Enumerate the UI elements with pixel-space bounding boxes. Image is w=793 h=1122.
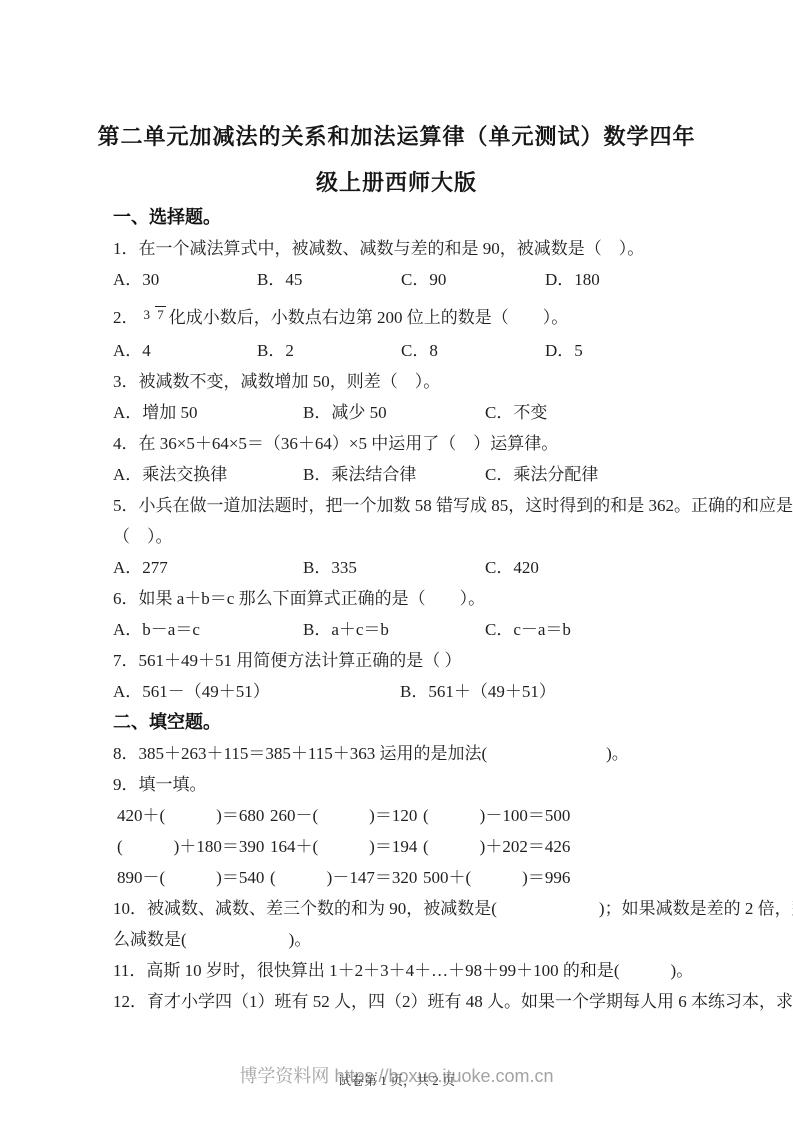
exam-title: 第二单元加减法的关系和加法运算律（单元测试）数学四年 级上册西师大版: [0, 114, 793, 206]
question-3-stem: 3．被减数不变，减数增加 50，则差（ ）。: [113, 366, 717, 397]
question-2-number: 2．: [113, 303, 139, 328]
question-4-option-b: B．乘法结合律: [303, 459, 485, 490]
question-5-stem-line2: （ ）。: [113, 521, 717, 552]
question-3-option-c: C．不变: [485, 397, 547, 428]
exam-title-line2: 级上册西师大版: [0, 160, 793, 206]
question-6-option-c: C．c－a＝b: [485, 614, 571, 645]
fill-equation: ( )－100＝500: [423, 800, 570, 831]
fraction-denominator: 7: [155, 306, 166, 322]
question-2-options: A．4 B．2 C．8 D．5: [113, 335, 717, 366]
question-9-row1: 420＋( )＝680 260－( )＝120 ( )－100＝500: [113, 800, 717, 831]
fill-equation: ( )＋180＝390: [117, 831, 270, 862]
question-6-stem: 6．如果 a＋b＝c 那么下面算式正确的是（ ）。: [113, 583, 717, 614]
question-2-stem: 2． 3 7 化成小数后，小数点右边第 200 位上的数是（ ）。: [113, 295, 717, 335]
question-1-stem: 1．在一个减法算式中，被减数、减数与差的和是 90，被减数是（ ）。: [113, 233, 717, 264]
question-10-stem-line2: 么减数是( )。: [113, 924, 717, 955]
question-2-option-c: C．8: [401, 335, 545, 366]
question-2-option-b: B．2: [257, 335, 401, 366]
question-5-stem-line1: 5．小兵在做一道加法题时，把一个加数 58 错写成 85，这时得到的和是 362…: [113, 490, 717, 521]
question-7-stem: 7．561＋49＋51 用简便方法计算正确的是（ ）: [113, 645, 717, 676]
page-number-footer: 试卷第 1 页，共 2 页: [0, 1071, 793, 1091]
question-6-option-b: B．a＋c＝b: [303, 614, 485, 645]
question-6-option-a: A．b－a＝c: [113, 614, 303, 645]
question-5-options: A．277 B．335 C．420: [113, 552, 717, 583]
exam-title-line1: 第二单元加减法的关系和加法运算律（单元测试）数学四年: [0, 114, 793, 160]
question-5-option-c: C．420: [485, 552, 539, 583]
question-2-option-a: A．4: [113, 335, 257, 366]
fraction-three-sevenths: 3 7: [142, 308, 166, 322]
question-2-option-d: D．5: [545, 335, 583, 366]
fill-equation: 420＋( )＝680: [117, 800, 270, 831]
section-fill-header: 二、填空题。: [113, 707, 717, 738]
question-9-row2: ( )＋180＝390 164＋( )＝194 ( )＋202＝426: [113, 831, 717, 862]
question-12-stem: 12．育才小学四（1）班有 52 人，四（2）班有 48 人。如果一个学期每人用…: [113, 986, 717, 1017]
question-1-option-d: D．180: [545, 264, 600, 295]
question-9-label: 9．填一填。: [113, 769, 717, 800]
question-1-option-a: A．30: [113, 264, 257, 295]
question-11-stem: 11．高斯 10 岁时，很快算出 1＋2＋3＋4＋…＋98＋99＋100 的和是…: [113, 955, 717, 986]
question-4-stem: 4．在 36×5＋64×5＝（36＋64）×5 中运用了（ ）运算律。: [113, 428, 717, 459]
question-5-option-b: B．335: [303, 552, 485, 583]
question-4-option-a: A．乘法交换律: [113, 459, 303, 490]
question-6-options: A．b－a＝c B．a＋c＝b C．c－a＝b: [113, 614, 717, 645]
question-1-options: A．30 B．45 C．90 D．180: [113, 264, 717, 295]
question-7-options: A．561－（49＋51） B．561＋（49＋51）: [113, 676, 717, 707]
question-3-option-b: B．减少 50: [303, 397, 485, 428]
question-3-options: A．增加 50 B．减少 50 C．不变: [113, 397, 717, 428]
exam-body: 一、选择题。 1．在一个减法算式中，被减数、减数与差的和是 90，被减数是（ ）…: [113, 202, 717, 1017]
question-9-row3: 890－( )＝540 ( )－147＝320 500＋( )＝996: [113, 862, 717, 893]
question-4-options: A．乘法交换律 B．乘法结合律 C．乘法分配律: [113, 459, 717, 490]
question-2-stem-text: 化成小数后，小数点右边第 200 位上的数是（ ）。: [169, 303, 569, 328]
question-5-option-a: A．277: [113, 552, 303, 583]
question-3-option-a: A．增加 50: [113, 397, 303, 428]
fraction-numerator: 3: [142, 307, 153, 322]
exam-paper-page: 第二单元加减法的关系和加法运算律（单元测试）数学四年 级上册西师大版 一、选择题…: [0, 0, 793, 1122]
fill-equation: 500＋( )＝996: [423, 862, 570, 893]
question-7-option-b: B．561＋（49＋51）: [400, 676, 556, 707]
fill-equation: 164＋( )＝194: [270, 831, 423, 862]
fill-equation: ( )＋202＝426: [423, 831, 570, 862]
fill-equation: 260－( )＝120: [270, 800, 423, 831]
question-7-option-a: A．561－（49＋51）: [113, 676, 400, 707]
question-1-option-b: B．45: [257, 264, 401, 295]
section-choice-header: 一、选择题。: [113, 202, 717, 233]
fill-equation: 890－( )＝540: [117, 862, 270, 893]
fill-equation: ( )－147＝320: [270, 862, 423, 893]
question-4-option-c: C．乘法分配律: [485, 459, 598, 490]
question-10-stem-line1: 10．被减数、减数、差三个数的和为 90，被减数是( )；如果减数是差的 2 倍…: [113, 893, 717, 924]
question-8-stem: 8．385＋263＋115＝385＋115＋363 运用的是加法( )。: [113, 738, 717, 769]
question-1-option-c: C．90: [401, 264, 545, 295]
